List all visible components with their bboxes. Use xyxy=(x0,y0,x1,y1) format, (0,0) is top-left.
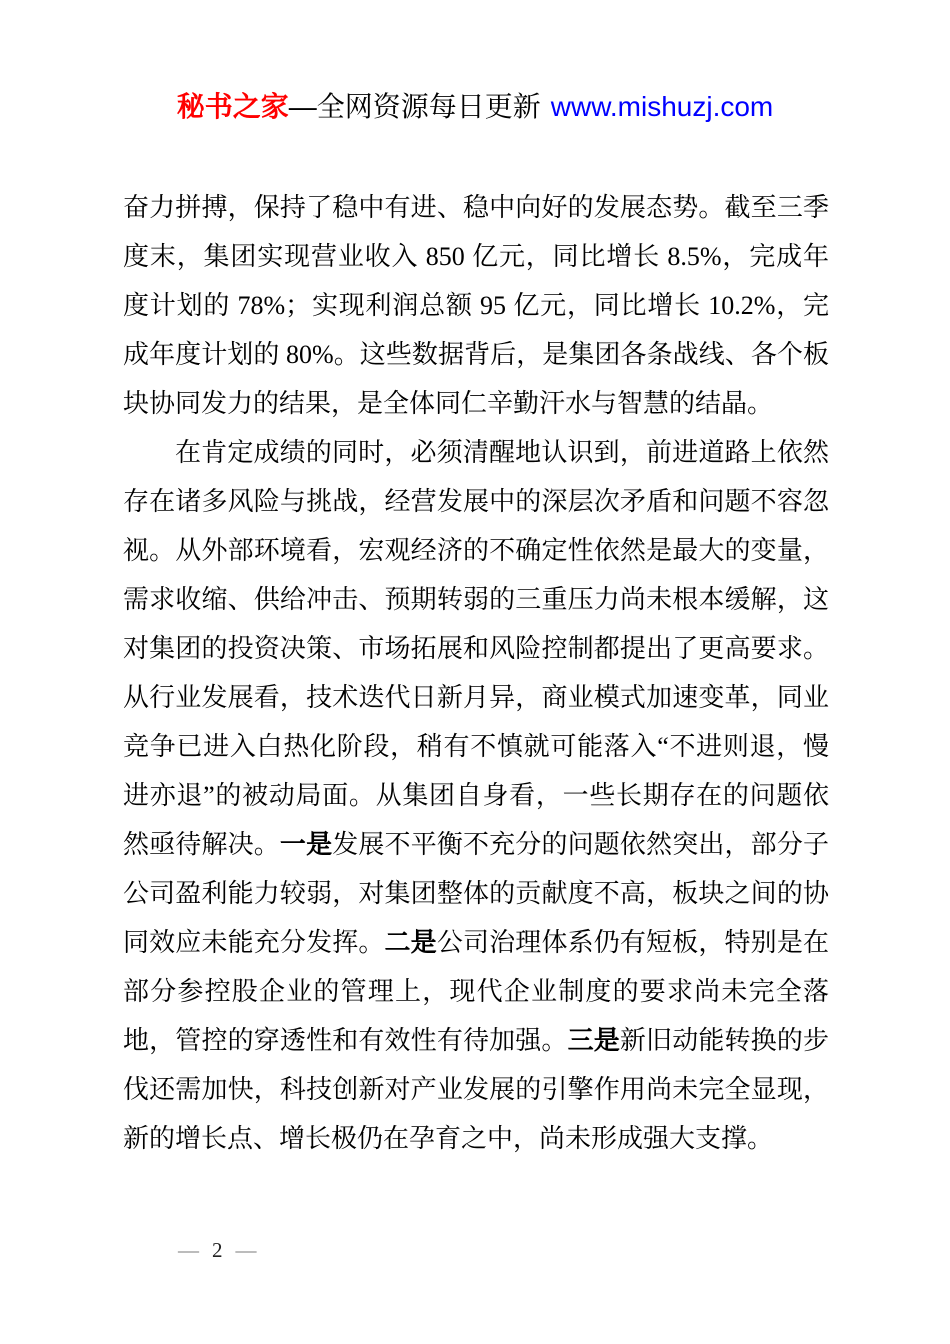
page-number-right-dash: — xyxy=(236,1238,257,1262)
paragraph: 在肯定成绩的同时，必须清醒地认识到，前进道路上依然存在诸多风险与挑战，经营发展中… xyxy=(123,428,829,1163)
document-body: 奋力拼搏，保持了稳中有进、稳中向好的发展态势。截至三季度末，集团实现营业收入 8… xyxy=(123,183,829,1163)
header-tagline: 全网资源每日更新 xyxy=(317,91,541,122)
emphasis-run: 二是 xyxy=(385,928,437,957)
text-run: 在肯定成绩的同时，必须清醒地认识到，前进道路上依然存在诸多风险与挑战，经营发展中… xyxy=(123,438,829,859)
site-name: 秘书之家 xyxy=(177,91,289,122)
text-run: 奋力拼搏，保持了稳中有进、稳中向好的发展态势。截至三季度末，集团实现营业收入 8… xyxy=(123,193,829,418)
emphasis-run: 三是 xyxy=(568,1026,620,1055)
header-separator: — xyxy=(289,91,317,122)
page-number-value: 2 xyxy=(212,1238,223,1262)
paragraph: 奋力拼搏，保持了稳中有进、稳中向好的发展态势。截至三季度末，集团实现营业收入 8… xyxy=(123,183,829,428)
page-number-left-dash: — xyxy=(178,1238,199,1262)
page-number: —2— xyxy=(178,1236,257,1264)
emphasis-run: 一是 xyxy=(280,830,332,859)
document-page: 秘书之家—全网资源每日更新www.mishuzj.com 奋力拼搏，保持了稳中有… xyxy=(0,0,950,1344)
page-header: 秘书之家—全网资源每日更新www.mishuzj.com xyxy=(0,88,950,126)
site-url-link[interactable]: www.mishuzj.com xyxy=(551,91,773,122)
